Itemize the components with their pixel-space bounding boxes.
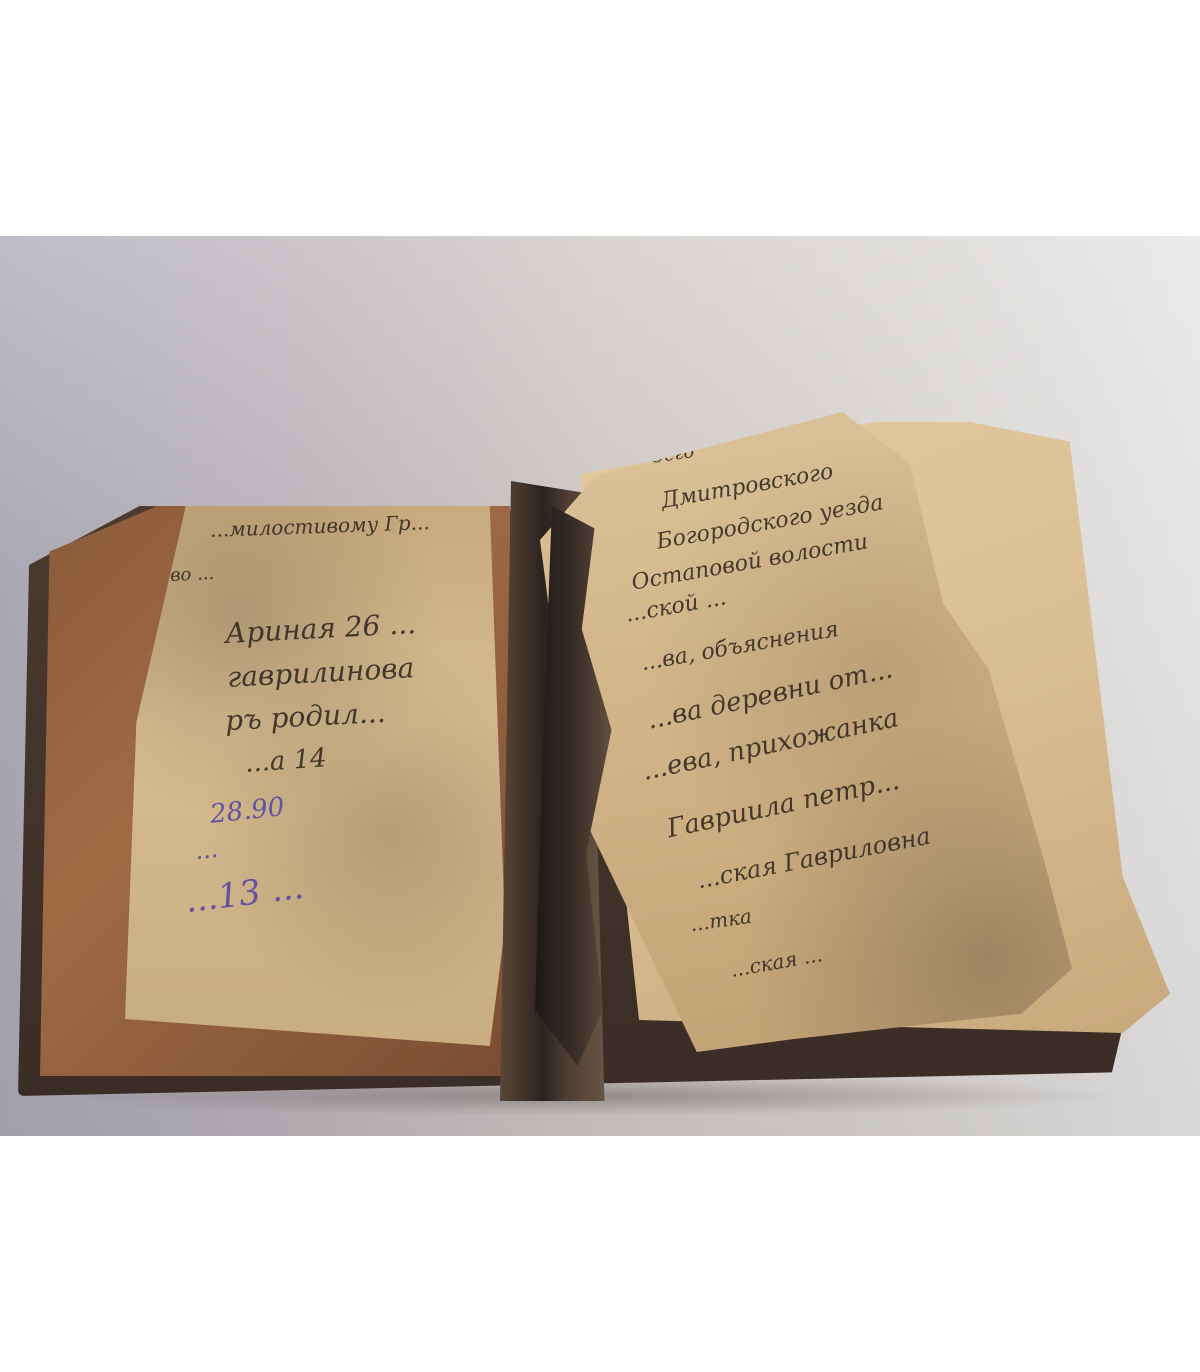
right-inscription-line: ...тка	[689, 904, 754, 936]
left-inscription-line: ...милостивому Гр...	[210, 510, 430, 542]
left-stamp-line: 28.90	[209, 792, 286, 830]
left-endpaper: ...милостивому Гр... во ... Ариная 26 ..…	[125, 506, 505, 1046]
left-inscription-line: во ...	[169, 563, 214, 586]
right-inscription-line: Сего	[649, 441, 696, 468]
left-inscription-line: ръ родил...	[224, 696, 386, 737]
bottom-white-margin	[0, 1136, 1200, 1372]
left-inscription-line: Ариная 26 ...	[224, 607, 416, 650]
right-inscription-line: ...ская Гавриловна	[695, 822, 933, 895]
left-stamp-line: ...13 ...	[183, 867, 306, 921]
top-white-margin	[0, 0, 1200, 236]
left-stamp-line: ...	[194, 835, 220, 865]
right-inscription-line: ...ва, объяснения	[639, 617, 840, 676]
book-photograph: ...милостивому Гр... во ... Ариная 26 ..…	[0, 236, 1200, 1136]
left-inscription-line: ...а 14	[244, 743, 328, 779]
left-inscription-line: гаврилинова	[226, 651, 415, 694]
right-inscription-line: ...ская ...	[729, 942, 825, 982]
